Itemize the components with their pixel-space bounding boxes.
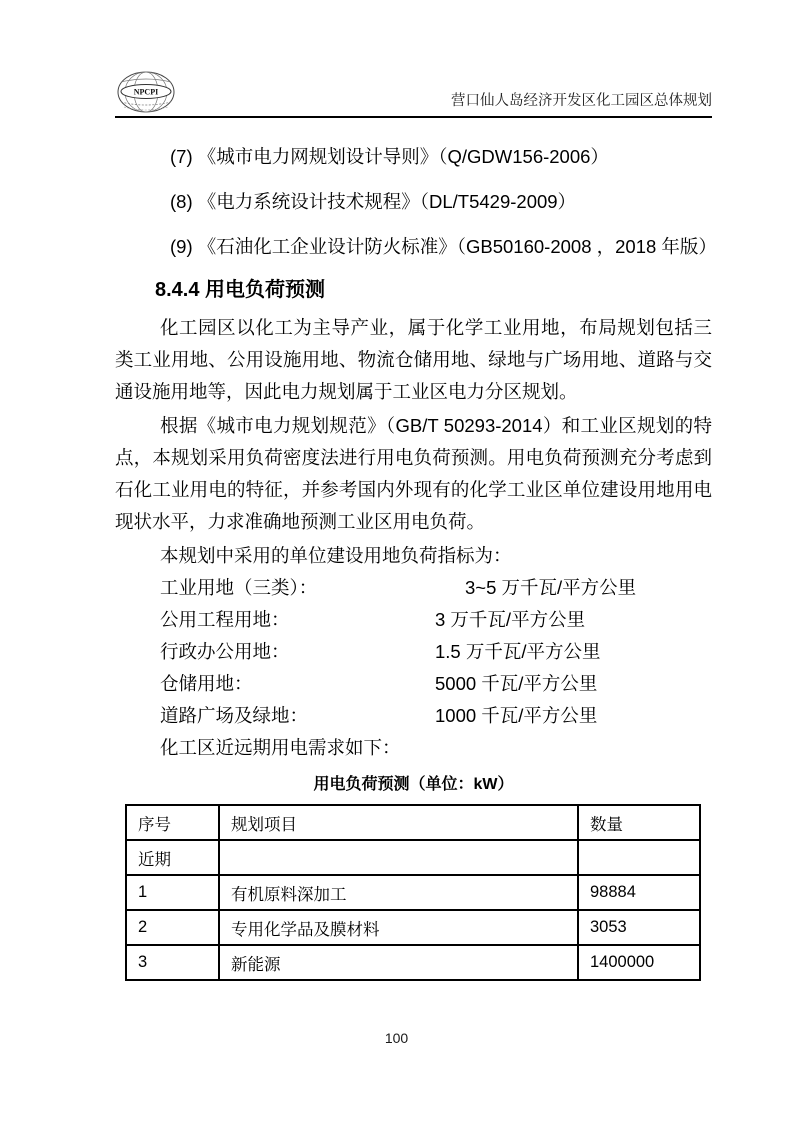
table-row: 近期: [126, 840, 700, 875]
table-cell: 98884: [578, 875, 700, 910]
table-cell: 2: [126, 910, 219, 945]
reference-list: (7) 《城市电力网规划设计导则》（Q/GDW156-2006） (8) 《电力…: [115, 143, 712, 260]
indicator-label: 行政办公用地：: [160, 636, 435, 668]
document-page: NPCPI 营口仙人岛经济开发区化工园区总体规划 (7) 《城市电力网规划设计导…: [0, 0, 793, 1122]
table-header-cell: 序号: [126, 805, 219, 840]
body-paragraph: 本规划中采用的单位建设用地负荷指标为：: [115, 540, 712, 572]
body-paragraph: 化工园区以化工为主导产业，属于化学工业用地，布局规划包括三类工业用地、公用设施用…: [115, 312, 712, 408]
indicator-value: 1000 千瓦/平方公里: [435, 700, 712, 732]
reference-item: (8) 《电力系统设计技术规程》（DL/T5429-2009）: [115, 188, 712, 215]
table-cell: 1: [126, 875, 219, 910]
reference-item: (9) 《石油化工企业设计防火标准》（GB50160-2008 ，2018 年版…: [115, 233, 712, 260]
indicator-row: 工业用地（三类）： 3~5 万千瓦/平方公里: [115, 572, 712, 604]
table-cell: 新能源: [219, 945, 578, 980]
logo-text: NPCPI: [134, 88, 158, 97]
table-cell: 有机原料深加工: [219, 875, 578, 910]
indicator-row: 公用工程用地： 3 万千瓦/平方公里: [115, 604, 712, 636]
table-row: 3 新能源 1400000: [126, 945, 700, 980]
table-cell: 1400000: [578, 945, 700, 980]
table-cell: [578, 840, 700, 875]
table-header-cell: 数量: [578, 805, 700, 840]
indicator-row: 行政办公用地： 1.5 万千瓦/平方公里: [115, 636, 712, 668]
indicator-value: 3~5 万千瓦/平方公里: [435, 572, 712, 604]
table-header-cell: 规划项目: [219, 805, 578, 840]
indicator-value: 1.5 万千瓦/平方公里: [435, 636, 712, 668]
header-title: 营口仙人岛经济开发区化工园区总体规划: [451, 92, 712, 110]
load-forecast-table: 序号 规划项目 数量 近期 1 有机原料深加工 98884 2 专用化学品及膜材…: [125, 804, 701, 981]
reference-item: (7) 《城市电力网规划设计导则》（Q/GDW156-2006）: [115, 143, 712, 170]
indicator-label: 仓储用地：: [160, 668, 435, 700]
indicator-value: 3 万千瓦/平方公里: [435, 604, 712, 636]
indicator-value: 5000 千瓦/平方公里: [435, 668, 712, 700]
indicator-list: 工业用地（三类）： 3~5 万千瓦/平方公里 公用工程用地： 3 万千瓦/平方公…: [115, 572, 712, 732]
npcpi-logo-icon: NPCPI: [115, 69, 177, 115]
table-cell: 3: [126, 945, 219, 980]
indicator-label: 公用工程用地：: [160, 604, 435, 636]
table-title: 用电负荷预测（单位：kW）: [115, 774, 712, 796]
table-cell: 3053: [578, 910, 700, 945]
table-row: 1 有机原料深加工 98884: [126, 875, 700, 910]
indicator-label: 工业用地（三类）：: [160, 572, 435, 604]
indicator-row: 仓储用地： 5000 千瓦/平方公里: [115, 668, 712, 700]
table-cell: 专用化学品及膜材料: [219, 910, 578, 945]
section-heading: 8.4.4 用电负荷预测: [155, 278, 712, 302]
table-row: 2 专用化学品及膜材料 3053: [126, 910, 700, 945]
table-header-row: 序号 规划项目 数量: [126, 805, 700, 840]
page-header: NPCPI 营口仙人岛经济开发区化工园区总体规划: [115, 70, 712, 118]
table-cell: [219, 840, 578, 875]
body-paragraph: 根据《城市电力规划规范》（GB/T 50293-2014）和工业区规划的特点，本…: [115, 410, 712, 538]
indicator-row: 道路广场及绿地： 1000 千瓦/平方公里: [115, 700, 712, 732]
indicator-label: 道路广场及绿地：: [160, 700, 435, 732]
table-cell: 近期: [126, 840, 219, 875]
page-number: 100: [0, 1030, 793, 1046]
closing-line: 化工区近远期用电需求如下：: [115, 732, 712, 764]
